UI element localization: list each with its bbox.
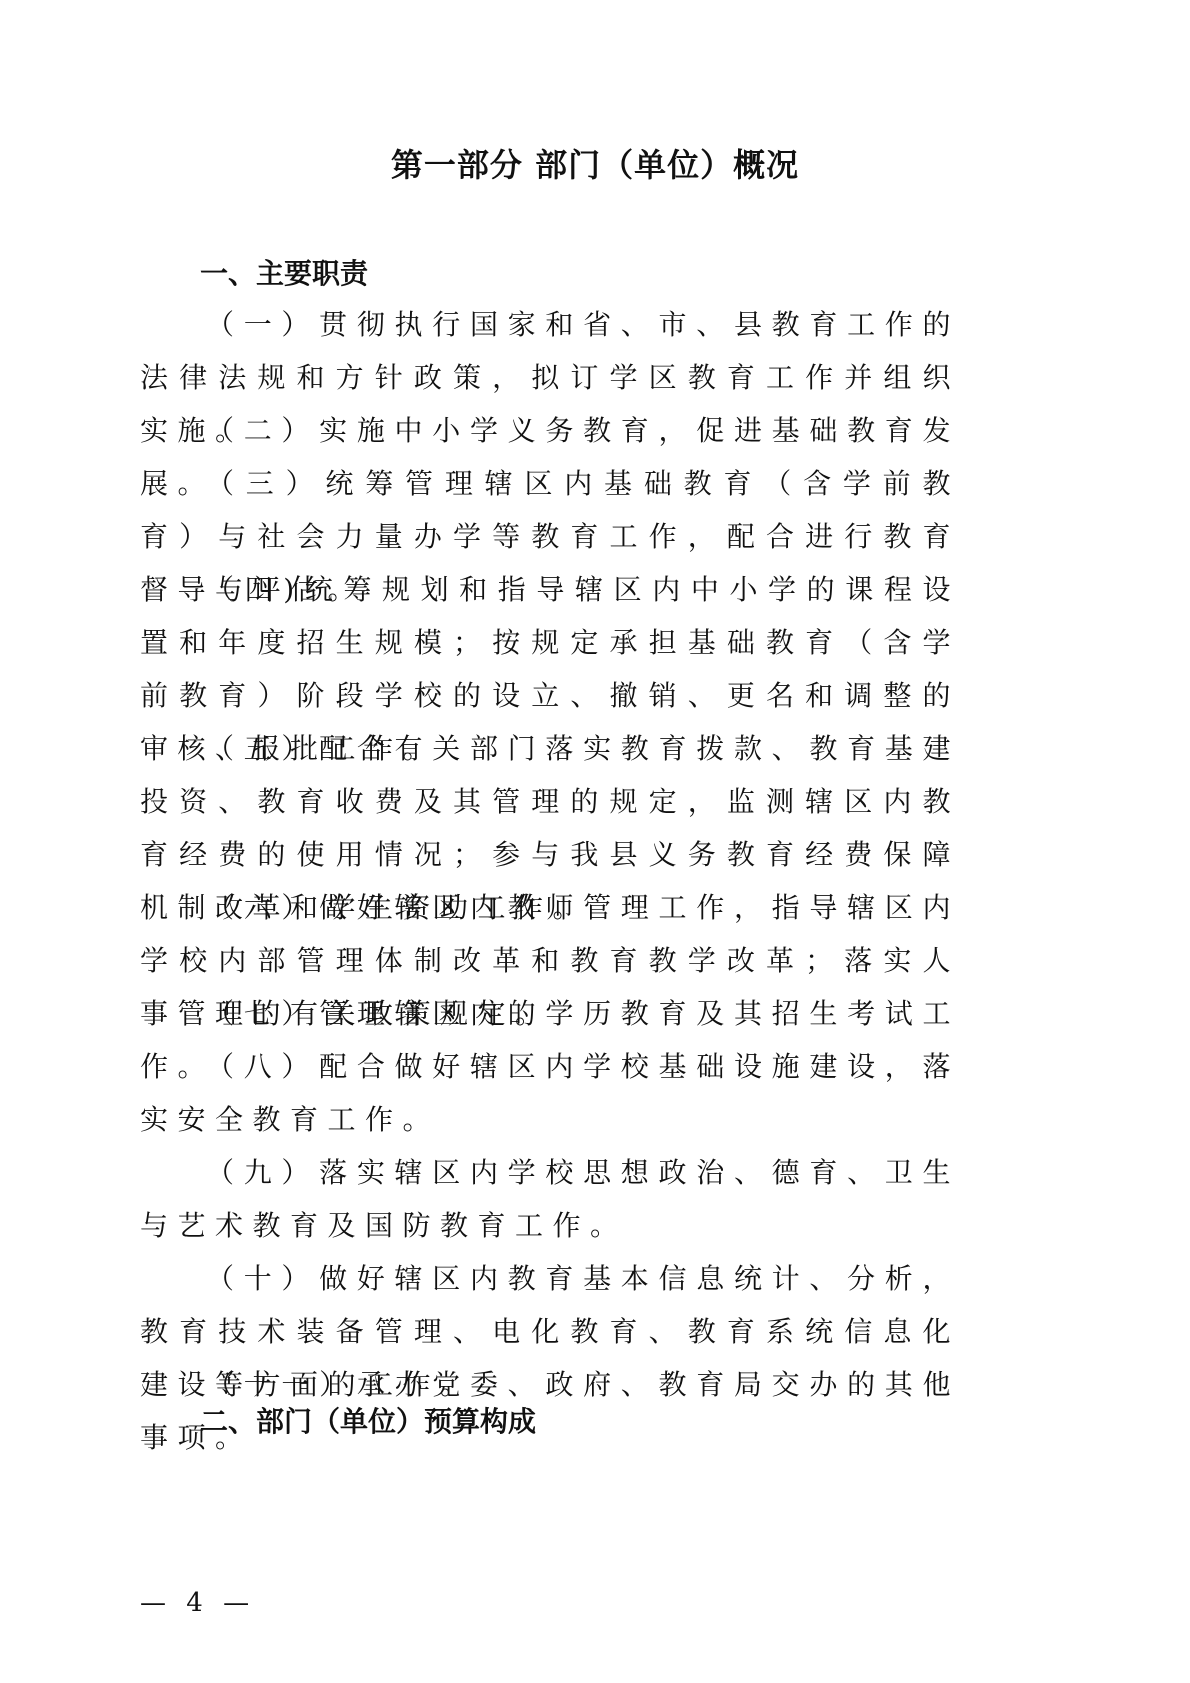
section-heading-main-duties: 一、主要职责: [200, 252, 368, 292]
page-number: — 4 —: [140, 1588, 255, 1618]
duty-item-9: （九）落实辖区内学校思想政治、德育、卫生与艺术教育及国防教育工作。: [140, 1146, 960, 1252]
section-heading-budget-composition: 二、部门（单位）预算构成: [200, 1400, 536, 1440]
page-title: 第一部分 部门（单位）概况: [0, 140, 1190, 186]
duty-item-8: （八）配合做好辖区内学校基础设施建设，落实安全教育工作。: [140, 1040, 960, 1146]
